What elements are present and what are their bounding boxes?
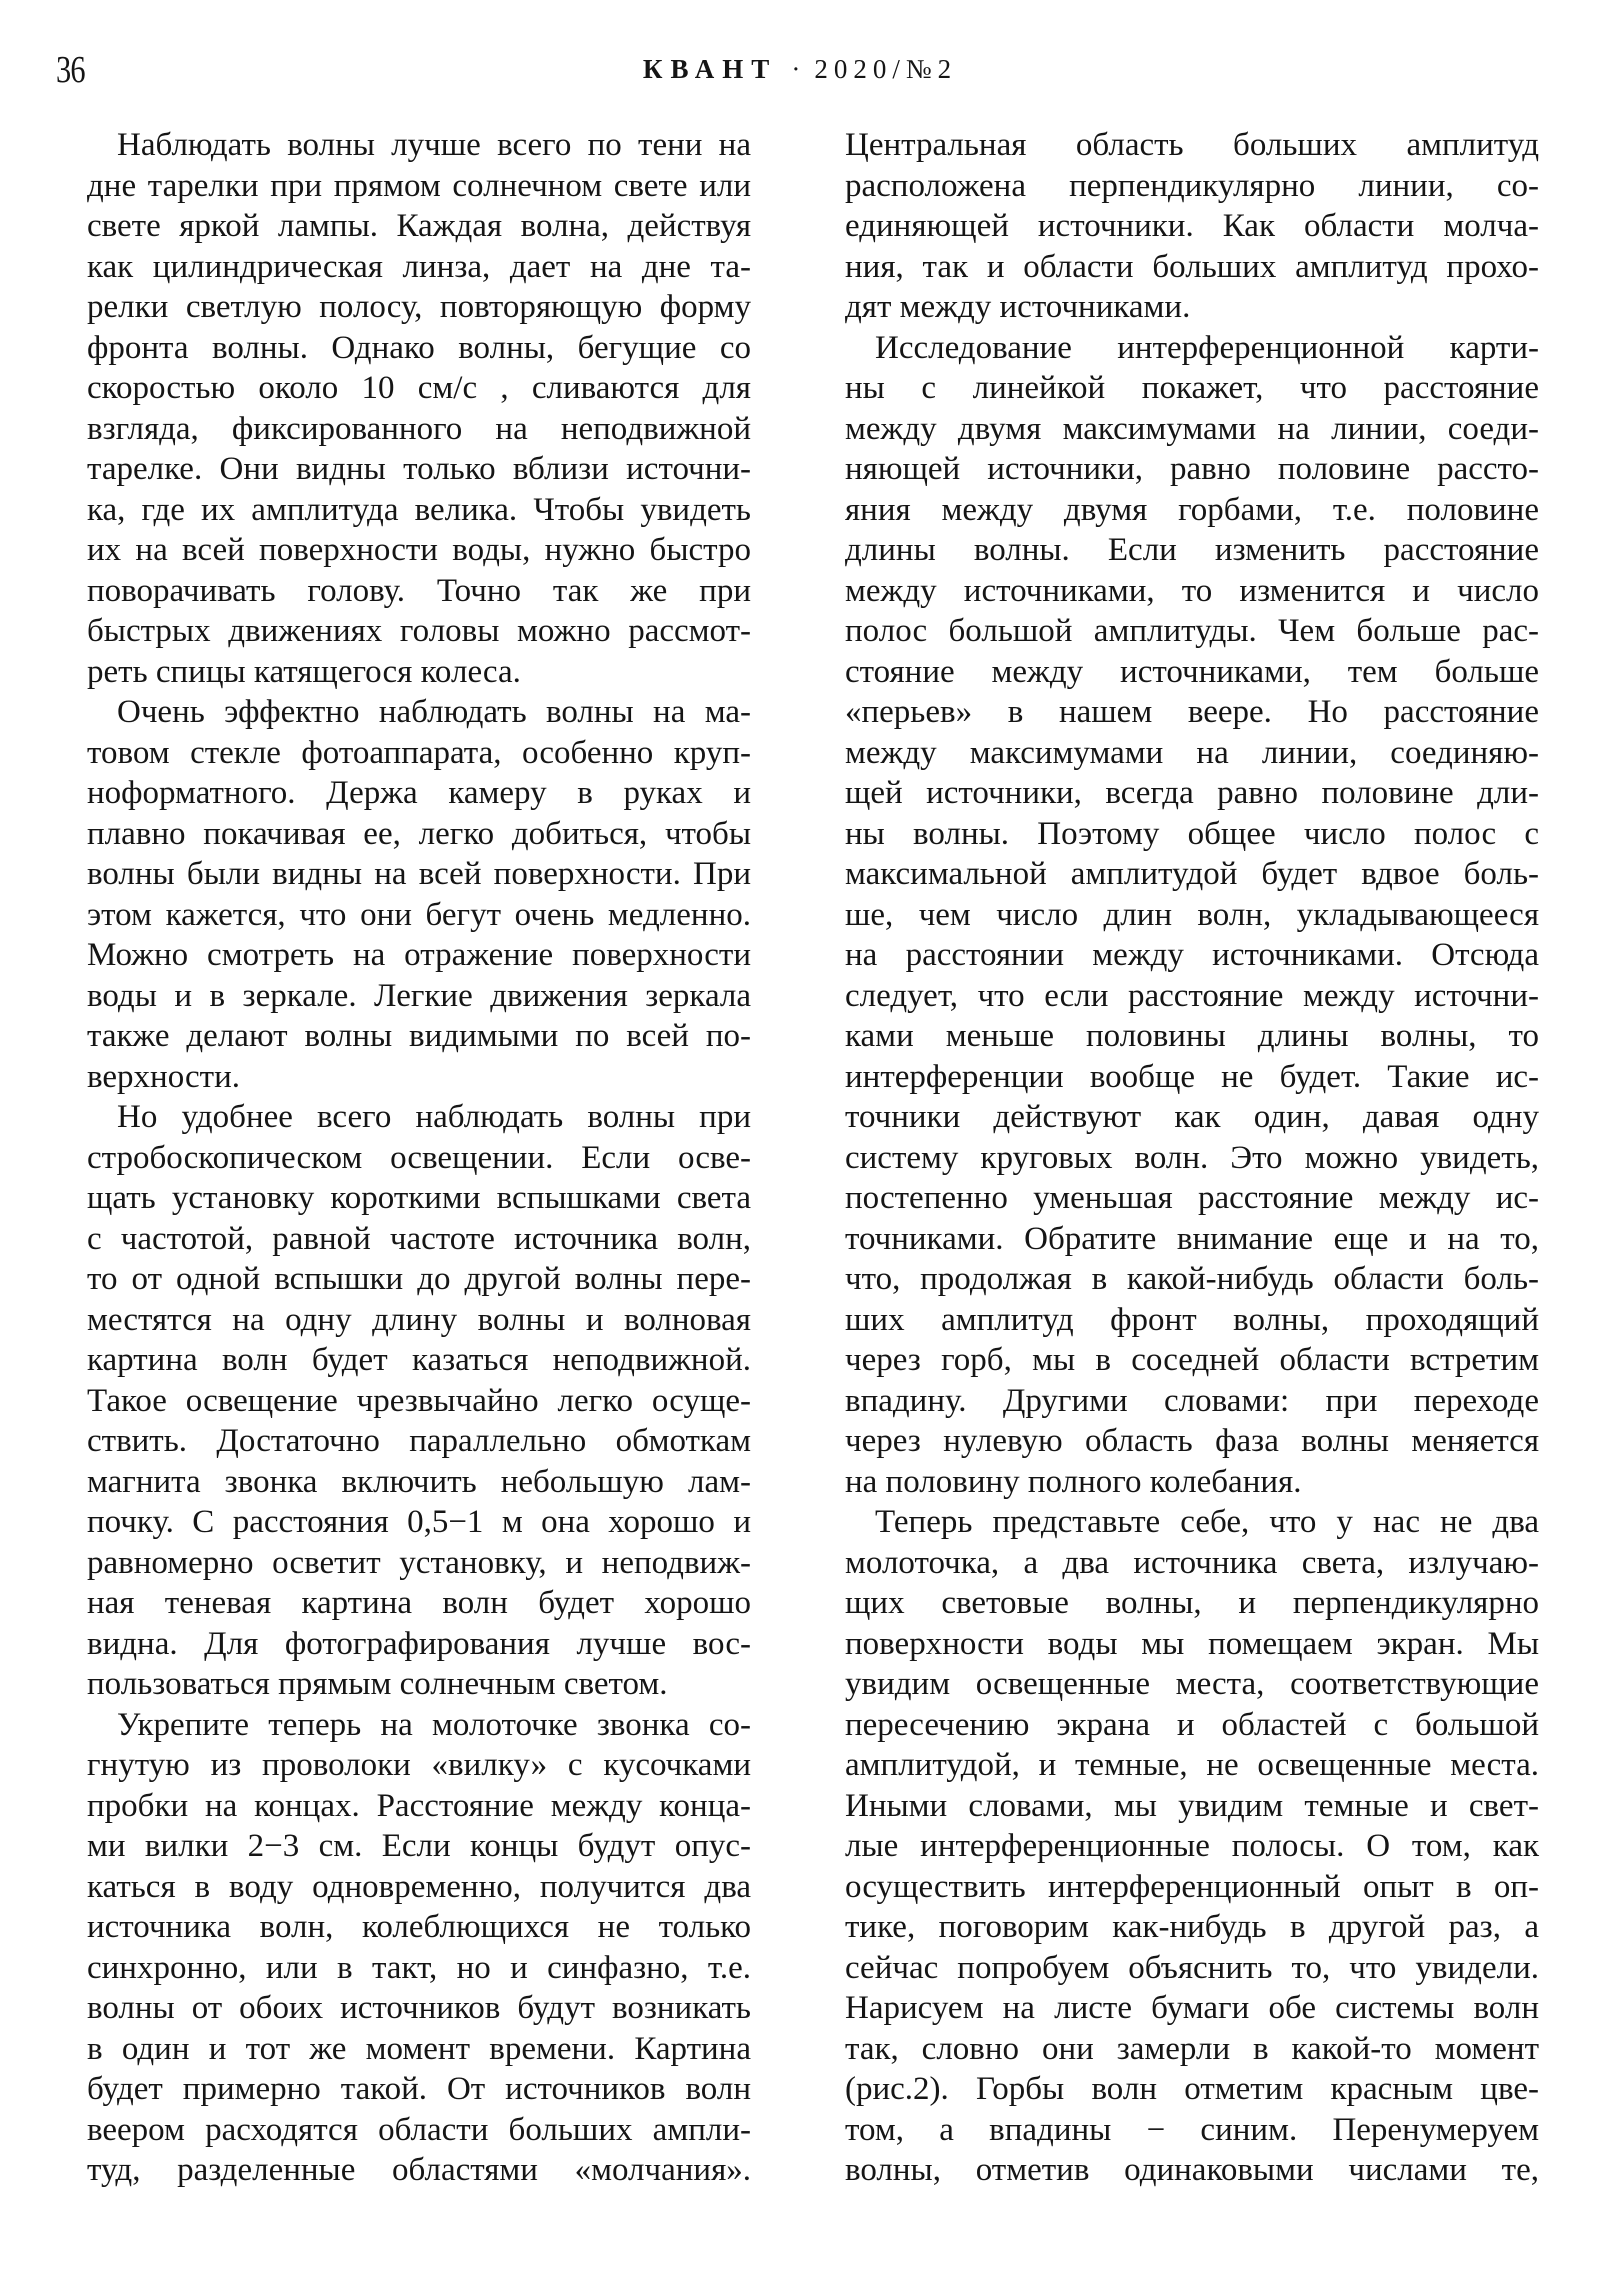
text-line: так, словно они замерли в какой-то момен… [845,2029,1539,2070]
text-line: синхронно, или в такт, но и синфазно, т.… [87,1948,751,1989]
text-line: амплитудой, и темные, не освещенные мест… [845,1745,1539,1786]
text-line: на расстоянии между источниками. Отсюда [845,935,1539,976]
text-line: Очень эффектно наблюдать волны на ма- [87,692,751,733]
text-line: единяющей источники. Как области молча- [845,206,1539,247]
text-line: этом кажется, что они бегут очень медлен… [87,895,751,936]
text-line: точники действуют как один, давая одну [845,1097,1539,1138]
text-line: реть спицы катящегося колеса. [87,652,751,693]
text-line: систему круговых волн. Это можно увидеть… [845,1138,1539,1179]
text-line: ствить. Достаточно параллельно обмоткам [87,1421,751,1462]
text-line: Наблюдать волны лучше всего по тени на [87,125,751,166]
text-line: дне тарелки при прямом солнечном свете и… [87,166,751,207]
text-line: скоростью около 10 см/с , сливаются для [87,368,751,409]
text-line: стояние между источниками, тем больше [845,652,1539,693]
text-line: между двумя максимумами на линии, соеди- [845,409,1539,450]
text-line: между источниками, то изменится и число [845,571,1539,612]
text-line: Теперь представьте себе, что у нас не дв… [845,1502,1539,1543]
left-column: Наблюдать волны лучше всего по тени надн… [87,125,751,2191]
issue-number: 2020/№2 [814,54,957,84]
text-line: поверхности воды мы помещаем экран. Мы [845,1624,1539,1665]
text-line: быстрых движениях головы можно рассмот- [87,611,751,652]
text-line: Такое освещение чрезвычайно легко осуще- [87,1381,751,1422]
text-line: поворачивать голову. Точно так же при [87,571,751,612]
text-line: Можно смотреть на отражение поверхности [87,935,751,976]
text-line: полос большой амплитуды. Чем больше рас- [845,611,1539,652]
text-line: ше, чем число длин волн, укладывающееся [845,895,1539,936]
text-line: ших амплитуд фронт волны, проходящий [845,1300,1539,1341]
text-line: Укрепите теперь на молоточке звонка со- [87,1705,751,1746]
text-line: увидим освещенные места, соответствующие [845,1664,1539,1705]
text-line: будет примерно такой. От источников волн [87,2069,751,2110]
text-line: через нулевую область фаза волны меняетс… [845,1421,1539,1462]
text-line: туд, разделенные областями «молчания». [87,2150,751,2191]
text-line: тарелке. Они видны только вблизи источни… [87,449,751,490]
text-line: дят между источниками. [845,287,1539,328]
text-line: фронта волны. Однако волны, бегущие со [87,328,751,369]
text-line: длины волны. Если изменить расстояние [845,530,1539,571]
text-line: интерференции вообще не будет. Такие ис- [845,1057,1539,1098]
text-line: верхности. [87,1057,751,1098]
text-line: пользоваться прямым солнечным светом. [87,1664,751,1705]
text-line: гнутую из проволоки «вилку» с кусочками [87,1745,751,1786]
text-line: ны волны. Поэтому общее число полос с [845,814,1539,855]
right-column: Центральная область больших амплитудрасп… [845,125,1539,2191]
text-line: молоточка, а два источника света, излуча… [845,1543,1539,1584]
text-line: также делают волны видимыми по всей по- [87,1016,751,1057]
text-line: то от одной вспышки до другой волны пере… [87,1259,751,1300]
text-line: с частотой, равной частоте источника вол… [87,1219,751,1260]
text-line: Но удобнее всего наблюдать волны при [87,1097,751,1138]
text-line: Нарисуем на листе бумаги обе системы вол… [845,1988,1539,2029]
text-line: ка, где их амплитуда велика. Чтобы увиде… [87,490,751,531]
text-line: воды и в зеркале. Легкие движения зеркал… [87,976,751,1017]
text-line: лые интерференционные полосы. О том, как [845,1826,1539,1867]
text-line: источника волн, колеблющихся не только [87,1907,751,1948]
text-line: ми вилки 2−3 см. Если концы будут опус- [87,1826,751,1867]
text-line: пересечению экрана и областей с большой [845,1705,1539,1746]
text-line: тике, поговорим как-нибудь в другой раз,… [845,1907,1539,1948]
text-line: ная теневая картина волн будет хорошо [87,1583,751,1624]
text-line: (рис.2). Горбы волн отметим красным цве- [845,2069,1539,2110]
text-line: следует, что если расстояние между источ… [845,976,1539,1017]
text-line: Центральная область больших амплитуд [845,125,1539,166]
text-line: магнита звонка включить небольшую лам- [87,1462,751,1503]
text-line: релки светлую полосу, повторяющую форму [87,287,751,328]
text-line: постепенно уменьшая расстояние между ис- [845,1178,1539,1219]
text-line: ны с линейкой покажет, что расстояние [845,368,1539,409]
text-line: щих световые волны, и перпендикулярно [845,1583,1539,1624]
text-line: между максимумами на линии, соединяю- [845,733,1539,774]
journal-title: КВАНТ [643,54,777,84]
text-line: через горб, мы в соседней области встрет… [845,1340,1539,1381]
text-line: волны от обоих источников будут возникат… [87,1988,751,2029]
text-line: ками меньше половины длины волны, то [845,1016,1539,1057]
text-line: что, продолжая в какой-нибудь области бо… [845,1259,1539,1300]
text-line: в один и тот же момент времени. Картина [87,2029,751,2070]
text-line: свете яркой лампы. Каждая волна, действу… [87,206,751,247]
text-line: волны были видны на всей поверхности. Пр… [87,854,751,895]
text-line: их на всей поверхности воды, нужно быстр… [87,530,751,571]
text-line: расположена перпендикулярно линии, со- [845,166,1539,207]
text-line: стробоскопическом освещении. Если осве- [87,1138,751,1179]
text-line: впадину. Другими словами: при переходе [845,1381,1539,1422]
text-line: щей источники, всегда равно половине дли… [845,773,1539,814]
text-line: осуществить интерференционный опыт в оп- [845,1867,1539,1908]
text-line: картина волн будет казаться неподвижной. [87,1340,751,1381]
text-line: точниками. Обратите внимание еще и на то… [845,1219,1539,1260]
text-line: как цилиндрическая линза, дает на дне та… [87,247,751,288]
text-line: ноформатного. Держа камеру в руках и [87,773,751,814]
text-line: почку. С расстояния 0,5−1 м она хорошо и [87,1502,751,1543]
text-line: Иными словами, мы увидим темные и свет- [845,1786,1539,1827]
text-line: Исследование интерференционной карти- [845,328,1539,369]
running-head: КВАНТ·2020/№2 [0,54,1600,85]
text-line: плавно покачивая ее, легко добиться, что… [87,814,751,855]
text-line: товом стекле фотоаппарата, особенно круп… [87,733,751,774]
text-line: каться в воду одновременно, получится дв… [87,1867,751,1908]
text-line: ния, так и области больших амплитуд прох… [845,247,1539,288]
text-line: местятся на одну длину волны и волновая [87,1300,751,1341]
text-line: «перьев» в нашем веере. Но расстояние [845,692,1539,733]
text-line: пробки на концах. Расстояние между конца… [87,1786,751,1827]
text-line: взгляда, фиксированного на неподвижной [87,409,751,450]
text-line: сейчас попробуем объяснить то, что увиде… [845,1948,1539,1989]
text-line: на половину полного колебания. [845,1462,1539,1503]
text-line: видна. Для фотографирования лучше вос- [87,1624,751,1665]
text-line: няющей источники, равно половине рассто- [845,449,1539,490]
header-separator: · [791,54,800,84]
text-line: веером расходятся области больших ампли- [87,2110,751,2151]
text-line: щать установку короткими вспышками света [87,1178,751,1219]
text-line: том, а впадины − синим. Перенумеруем [845,2110,1539,2151]
text-line: яния между двумя горбами, т.е. половине [845,490,1539,531]
text-line: равномерно осветит установку, и неподвиж… [87,1543,751,1584]
text-line: волны, отметив одинаковыми числами те, [845,2150,1539,2191]
text-line: максимальной амплитудой будет вдвое боль… [845,854,1539,895]
